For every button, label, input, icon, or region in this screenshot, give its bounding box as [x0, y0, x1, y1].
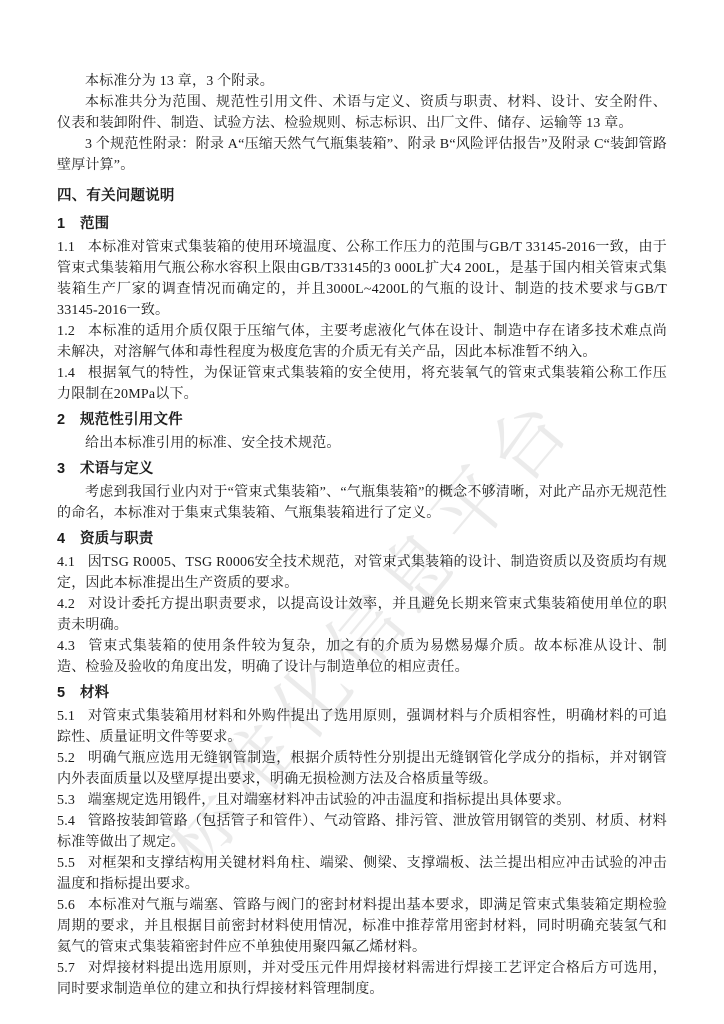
clause-5-1: 5.1对管束式集装箱用材料和外购件提出了选用原则，强调材料与介质相容性，明确材料… [57, 706, 667, 748]
section-5-heading: 5 材料 [57, 683, 667, 704]
clause-4-1: 4.1因TSG R0005、TSG R0006安全技术规范，对管束式集装箱的设计… [57, 552, 667, 594]
clause-number: 5.2 [57, 748, 75, 769]
section-2-heading: 2 规范性引用文件 [57, 410, 667, 431]
section-3-heading: 3 术语与定义 [57, 459, 667, 480]
clause-5-2: 5.2明确气瓶应选用无缝钢管制造，根据介质特性分别提出无缝钢管化学成分的指标，并… [57, 748, 667, 790]
clause-text: 端塞规定选用锻件，且对端塞材料冲击试验的冲击温度和指标提出具体要求。 [88, 793, 571, 808]
section-4-heading: 4 资质与职责 [57, 529, 667, 550]
clause-text: 对设计委托方提出职责要求，以提高设计效率，并且避免长期来管束式集装箱使用单位的职… [57, 597, 667, 633]
clause-number: 5.5 [57, 853, 75, 874]
section-3-paragraph: 考虑到我国行业内对于“管束式集装箱”、“气瓶集装箱”的概念不够清晰，对此产品亦无… [57, 482, 667, 524]
clause-text: 本标准对管束式集装箱的使用环境温度、公称工作压力的范围与GB/T 33145-2… [57, 240, 667, 318]
clause-text: 对框架和支撑结构用关键材料角柱、端梁、侧梁、支撑端板、法兰提出相应冲击试验的冲击… [57, 856, 667, 892]
clause-1-1: 1.1本标准对管束式集装箱的使用环境温度、公称工作压力的范围与GB/T 3314… [57, 237, 667, 321]
clause-1-4: 1.4根据氧气的特性，为保证管束式集装箱的安全使用，将充装氧气的管束式集装箱公称… [57, 363, 667, 405]
section-1-heading: 1 范围 [57, 214, 667, 235]
clause-number: 5.4 [57, 811, 75, 832]
clause-text: 对焊接材料提出选用原则，并对受压元件用焊接材料需进行焊接工艺评定合格后方可选用，… [57, 961, 667, 997]
clause-5-3: 5.3端塞规定选用锻件，且对端塞材料冲击试验的冲击温度和指标提出具体要求。 [57, 790, 667, 811]
clause-text: 本标准的适用介质仅限于压缩气体，主要考虑液化气体在设计、制造中存在诸多技术难点尚… [57, 324, 667, 360]
clause-5-5: 5.5对框架和支撑结构用关键材料角柱、端梁、侧梁、支撑端板、法兰提出相应冲击试验… [57, 853, 667, 895]
clause-number: 1.1 [57, 237, 75, 258]
clause-text: 管束式集装箱的使用条件较为复杂，加之有的介质为易燃易爆介质。故本标准从设计、制造… [57, 639, 667, 675]
intro-paragraph-1: 本标准分为 13 章，3 个附录。 [57, 71, 667, 92]
clause-text: 对管束式集装箱用材料和外购件提出了选用原则，强调材料与介质相容性，明确材料的可追… [57, 709, 667, 745]
clause-text: 根据氧气的特性，为保证管束式集装箱的安全使用，将充装氧气的管束式集装箱公称工作压… [57, 366, 667, 402]
clause-text: 明确气瓶应选用无缝钢管制造，根据介质特性分别提出无缝钢管化学成分的指标，并对钢管… [57, 751, 667, 787]
main-heading: 四、有关问题说明 [57, 186, 667, 207]
clause-text: 本标准对气瓶与端塞、管路与阀门的密封材料提出基本要求，即满足管束式集装箱定期检验… [57, 898, 667, 955]
page-content: 本标准分为 13 章，3 个附录。 本标准共分为范围、规范性引用文件、术语与定义… [57, 71, 667, 1000]
clause-4-2: 4.2对设计委托方提出职责要求，以提高设计效率，并且避免长期来管束式集装箱使用单… [57, 594, 667, 636]
clause-4-3: 4.3管束式集装箱的使用条件较为复杂，加之有的介质为易燃易爆介质。故本标准从设计… [57, 636, 667, 678]
clause-number: 5.7 [57, 958, 75, 979]
clause-5-6: 5.6本标准对气瓶与端塞、管路与阀门的密封材料提出基本要求，即满足管束式集装箱定… [57, 895, 667, 958]
clause-number: 1.4 [57, 363, 75, 384]
intro-paragraph-3: 3 个规范性附录：附录 A“压缩天然气气瓶集装箱”、附录 B“风险评估报告”及附… [57, 134, 667, 176]
clause-1-2: 1.2本标准的适用介质仅限于压缩气体，主要考虑液化气体在设计、制造中存在诸多技术… [57, 321, 667, 363]
section-2-paragraph: 给出本标准引用的标准、安全技术规范。 [57, 433, 667, 454]
clause-5-7: 5.7对焊接材料提出选用原则，并对受压元件用焊接材料需进行焊接工艺评定合格后方可… [57, 958, 667, 1000]
clause-number: 4.1 [57, 552, 75, 573]
clause-number: 1.2 [57, 321, 75, 342]
clause-number: 5.1 [57, 706, 75, 727]
clause-number: 4.2 [57, 594, 75, 615]
clause-text: 因TSG R0005、TSG R0006安全技术规范，对管束式集装箱的设计、制造… [57, 555, 667, 591]
document-page: 标准化信息平台 本标准分为 13 章，3 个附录。 本标准共分为范围、规范性引用… [0, 0, 724, 1024]
intro-paragraph-2: 本标准共分为范围、规范性引用文件、术语与定义、资质与职责、材料、设计、安全附件、… [57, 92, 667, 134]
clause-number: 4.3 [57, 636, 75, 657]
clause-number: 5.3 [57, 790, 75, 811]
clause-text: 管路按装卸管路（包括管子和管件）、气动管路、排污管、泄放管用钢管的类别、材质、材… [57, 814, 667, 850]
clause-number: 5.6 [57, 895, 75, 916]
clause-5-4: 5.4管路按装卸管路（包括管子和管件）、气动管路、排污管、泄放管用钢管的类别、材… [57, 811, 667, 853]
